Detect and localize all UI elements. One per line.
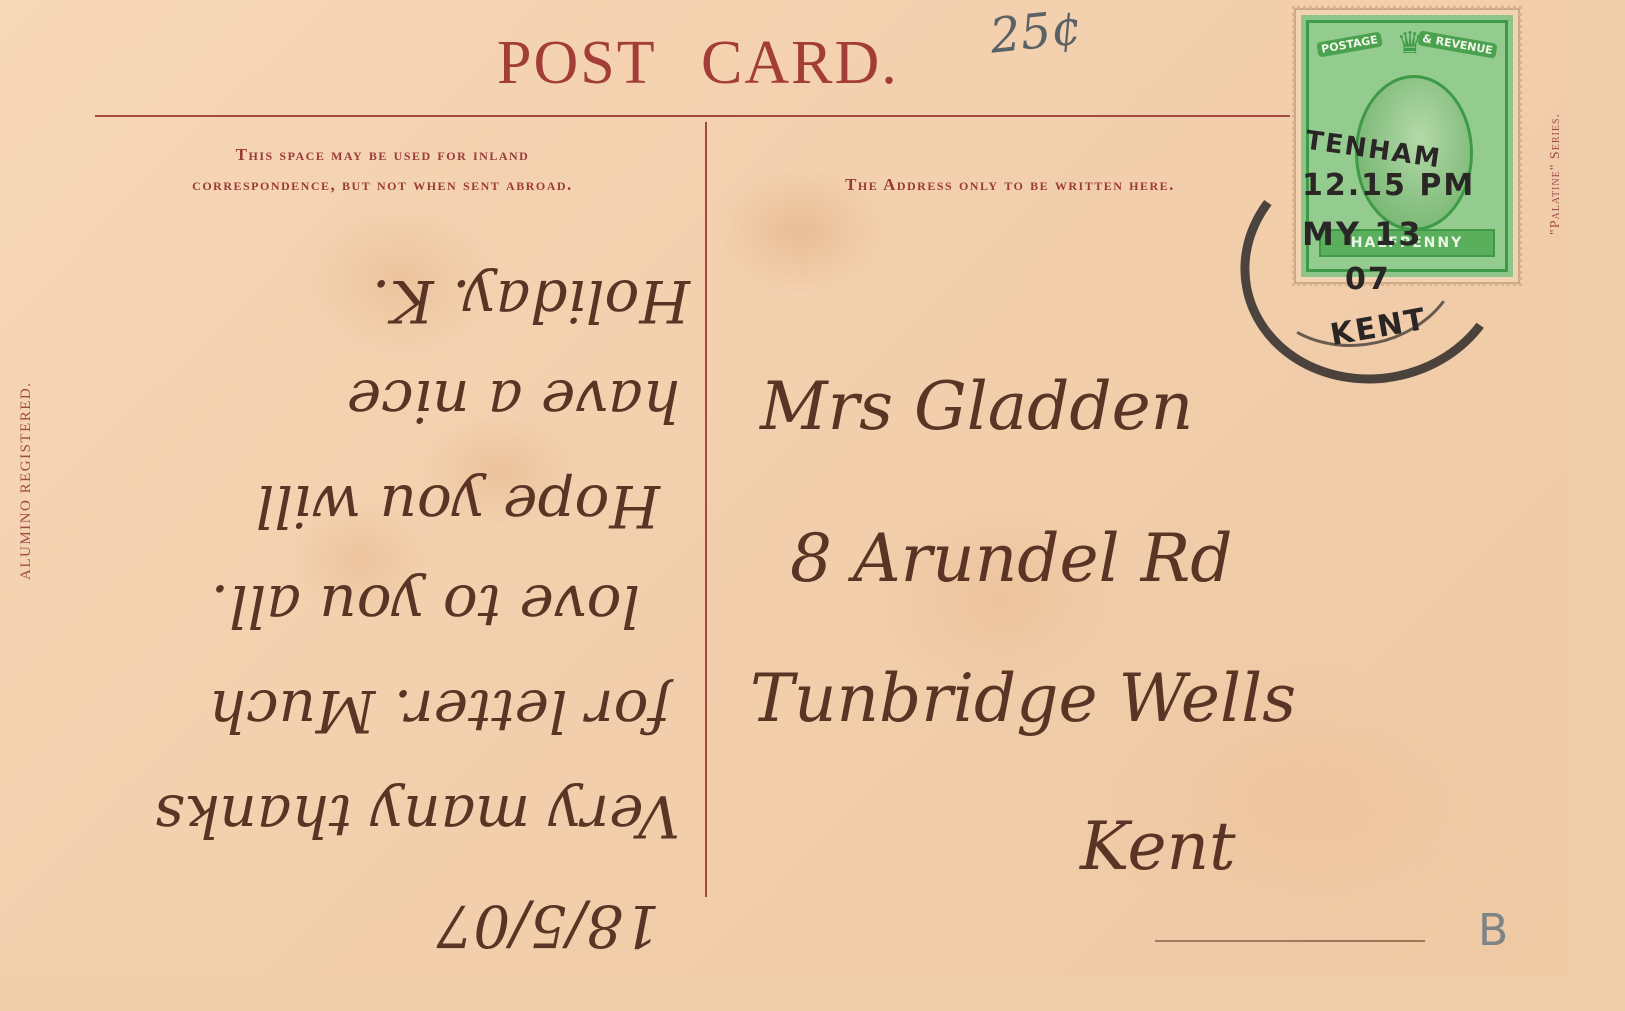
message-date: 18/5/07 bbox=[436, 892, 660, 960]
message-line: Very many thanks bbox=[155, 782, 680, 850]
message-signoff: Holiday. K. bbox=[372, 267, 690, 335]
postcard-back: POST CARD. This space may be used for in… bbox=[0, 0, 1568, 976]
address-street: 8 Arundel Rd bbox=[790, 520, 1233, 597]
postmark-year: 07 bbox=[1345, 262, 1391, 297]
address-town: Tunbridge Wells bbox=[750, 660, 1296, 737]
pencil-price-mark: 25¢ bbox=[987, 0, 1084, 65]
message-line: have a nice bbox=[347, 367, 680, 435]
message-line: love to you all. bbox=[211, 572, 640, 640]
address-notice: The Address only to be written here. bbox=[775, 170, 1245, 200]
address-underline bbox=[1155, 940, 1425, 942]
address-county: Kent bbox=[1080, 808, 1236, 885]
postmark-time: 12.15 PM bbox=[1302, 168, 1475, 203]
message-line: Hope you will bbox=[256, 472, 660, 540]
postcard-title: POST CARD. bbox=[497, 28, 899, 99]
address-recipient: Mrs Gladden bbox=[760, 368, 1193, 445]
correspondence-notice: This space may be used for inland corres… bbox=[185, 140, 580, 200]
handwritten-message: 18/5/07 Very many thanks for letter. Muc… bbox=[0, 220, 700, 960]
top-divider-rule bbox=[95, 115, 1290, 117]
series-imprint: "Palatine" Series. bbox=[1548, 113, 1564, 235]
postmark-date: MY 13 bbox=[1302, 215, 1423, 253]
pencil-corner-mark: B bbox=[1478, 905, 1508, 956]
message-line: for letter. Much bbox=[209, 677, 670, 745]
stamp-postage-label: POSTAGE bbox=[1316, 31, 1383, 57]
center-divider-rule bbox=[705, 122, 707, 897]
